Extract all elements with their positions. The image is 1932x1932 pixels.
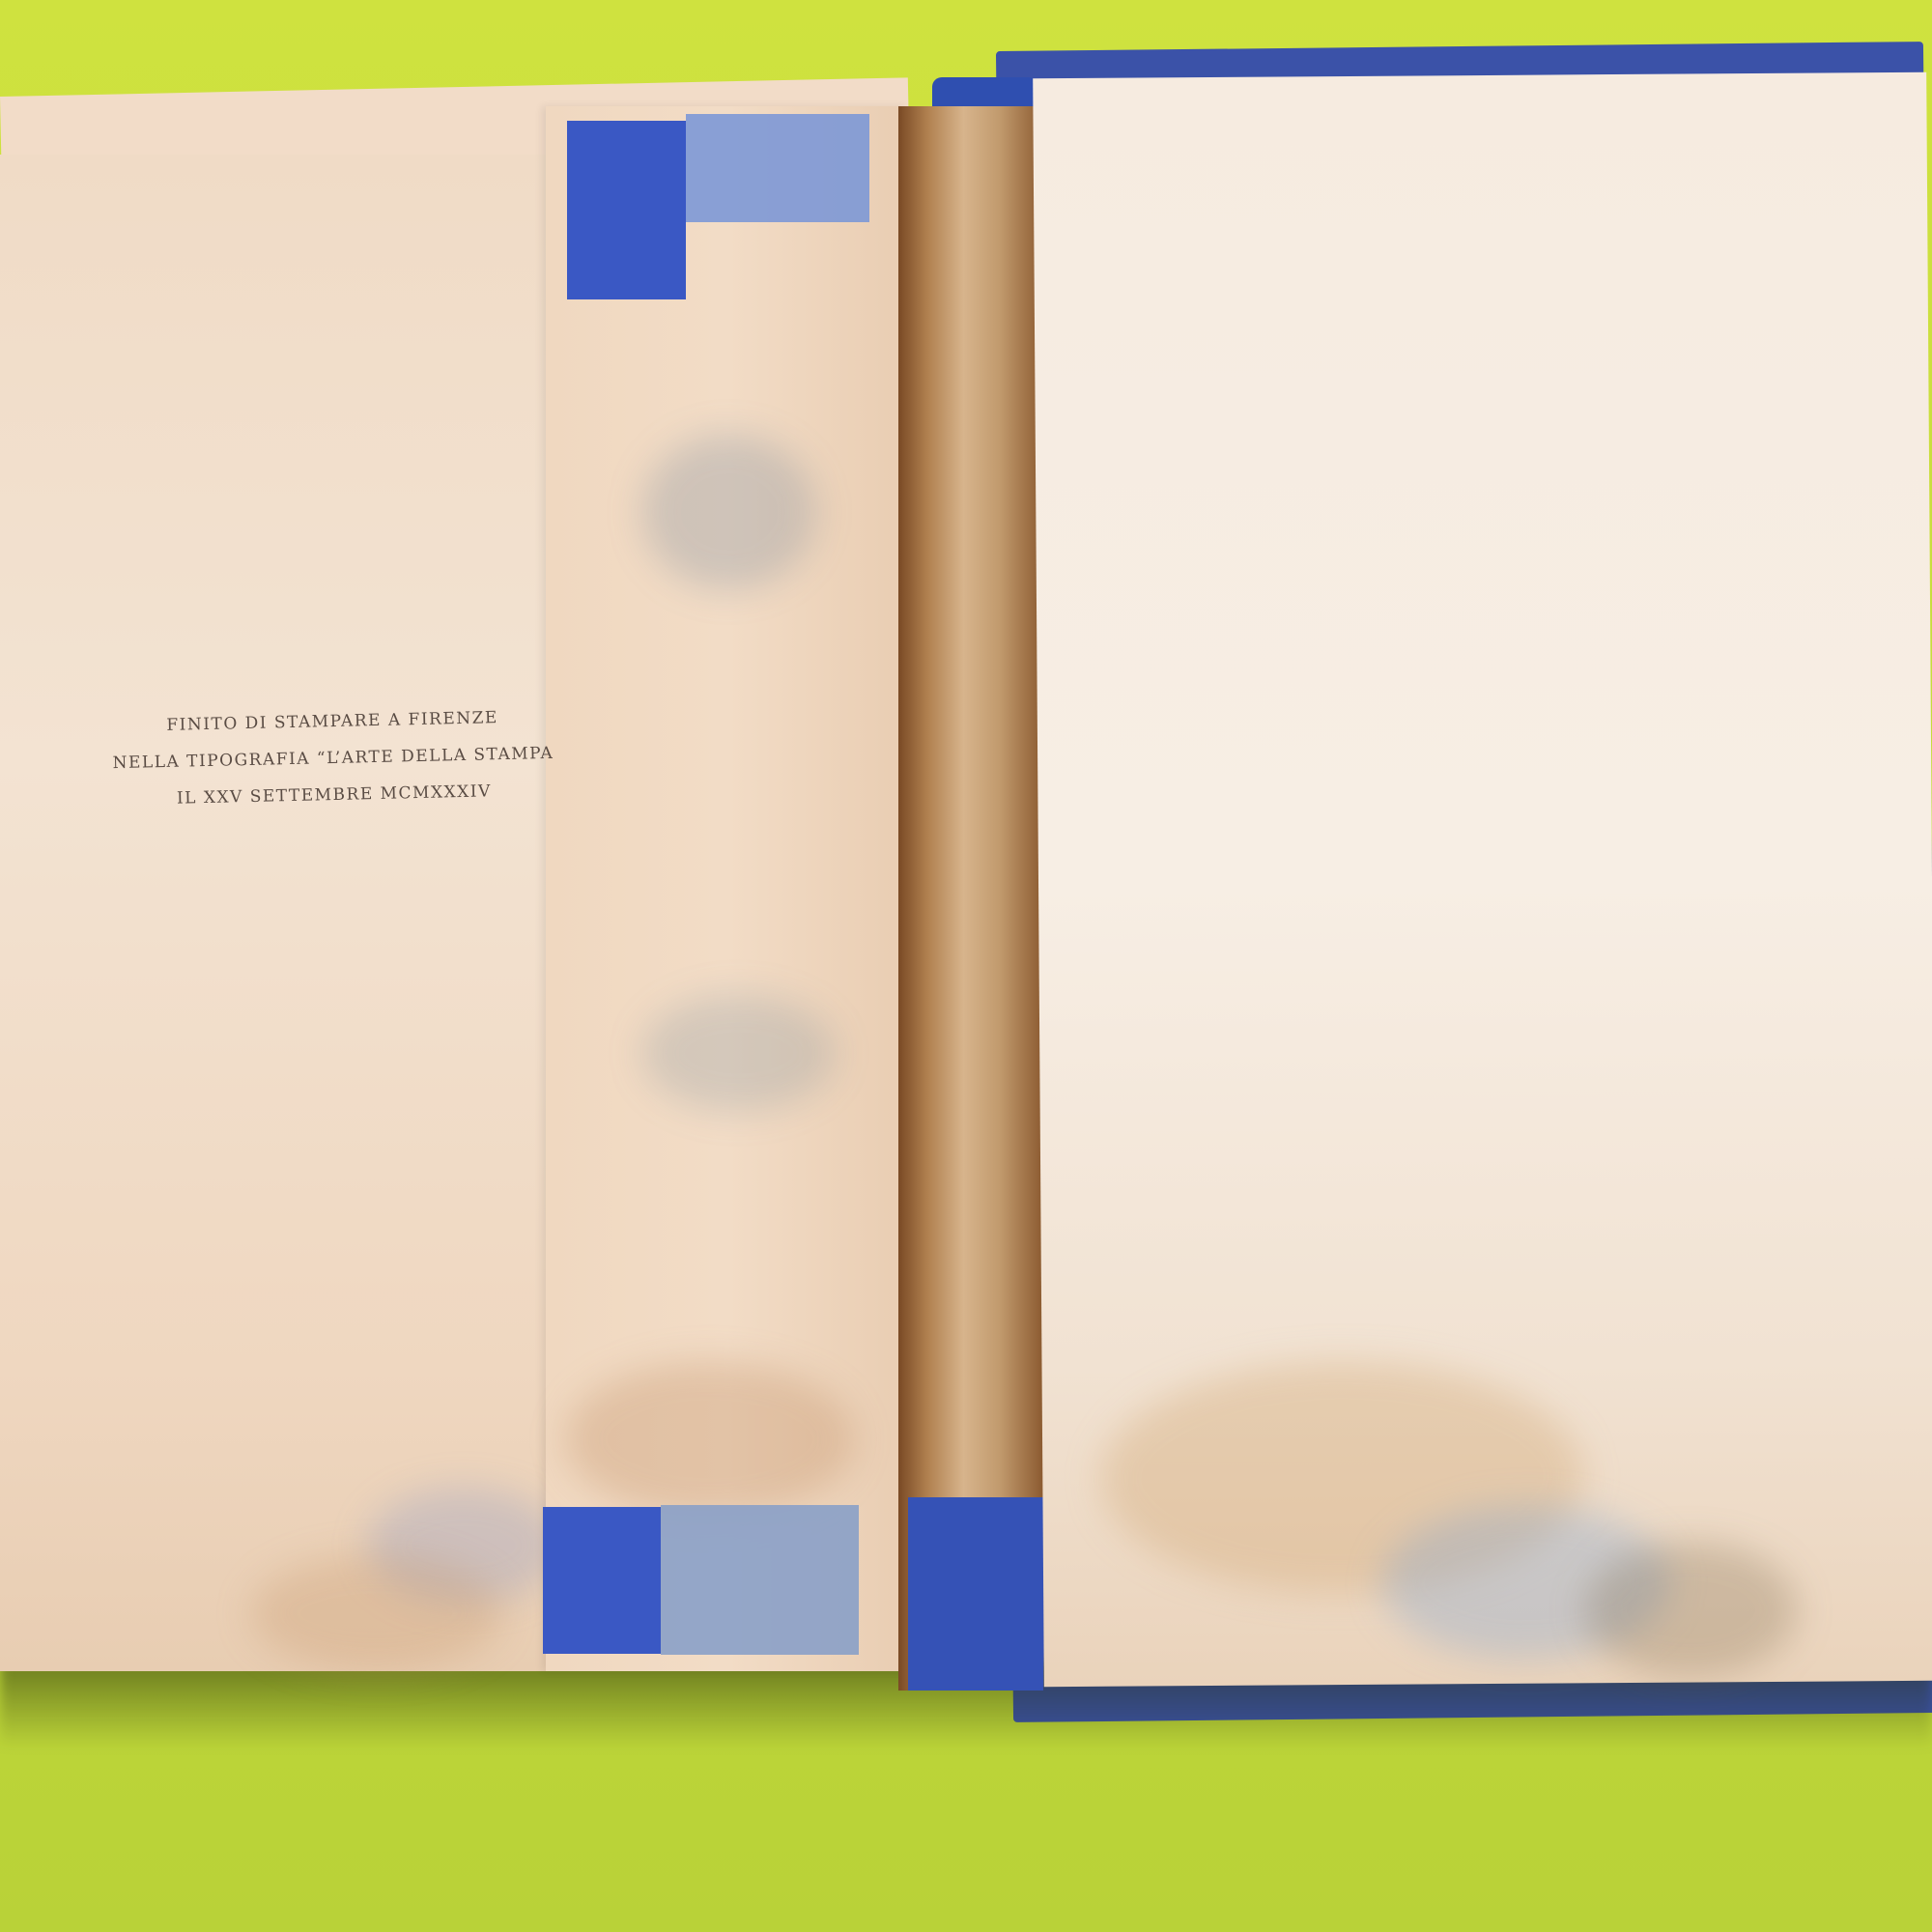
spine-flap-page [546,106,908,1671]
blue-tape-top-right [686,114,869,222]
colophon-text: FINITO DI STAMPARE A FIRENZE NELLA TIPOG… [105,698,561,819]
left-endpaper-page [0,155,570,1671]
right-endpaper-page [1033,72,1932,1687]
blue-tape-bottom-left [543,1507,661,1654]
blue-tape-bottom-right [661,1505,859,1655]
book-spine-gutter [898,106,1043,1690]
foxing-stain [565,1362,855,1517]
blue-tape-top-left [567,121,686,299]
offset-mark [642,995,836,1111]
spine-cloth-bottom [908,1497,1043,1690]
foxing-stain [251,1555,502,1671]
mold-spot [1584,1542,1798,1679]
offset-mark [642,435,816,589]
